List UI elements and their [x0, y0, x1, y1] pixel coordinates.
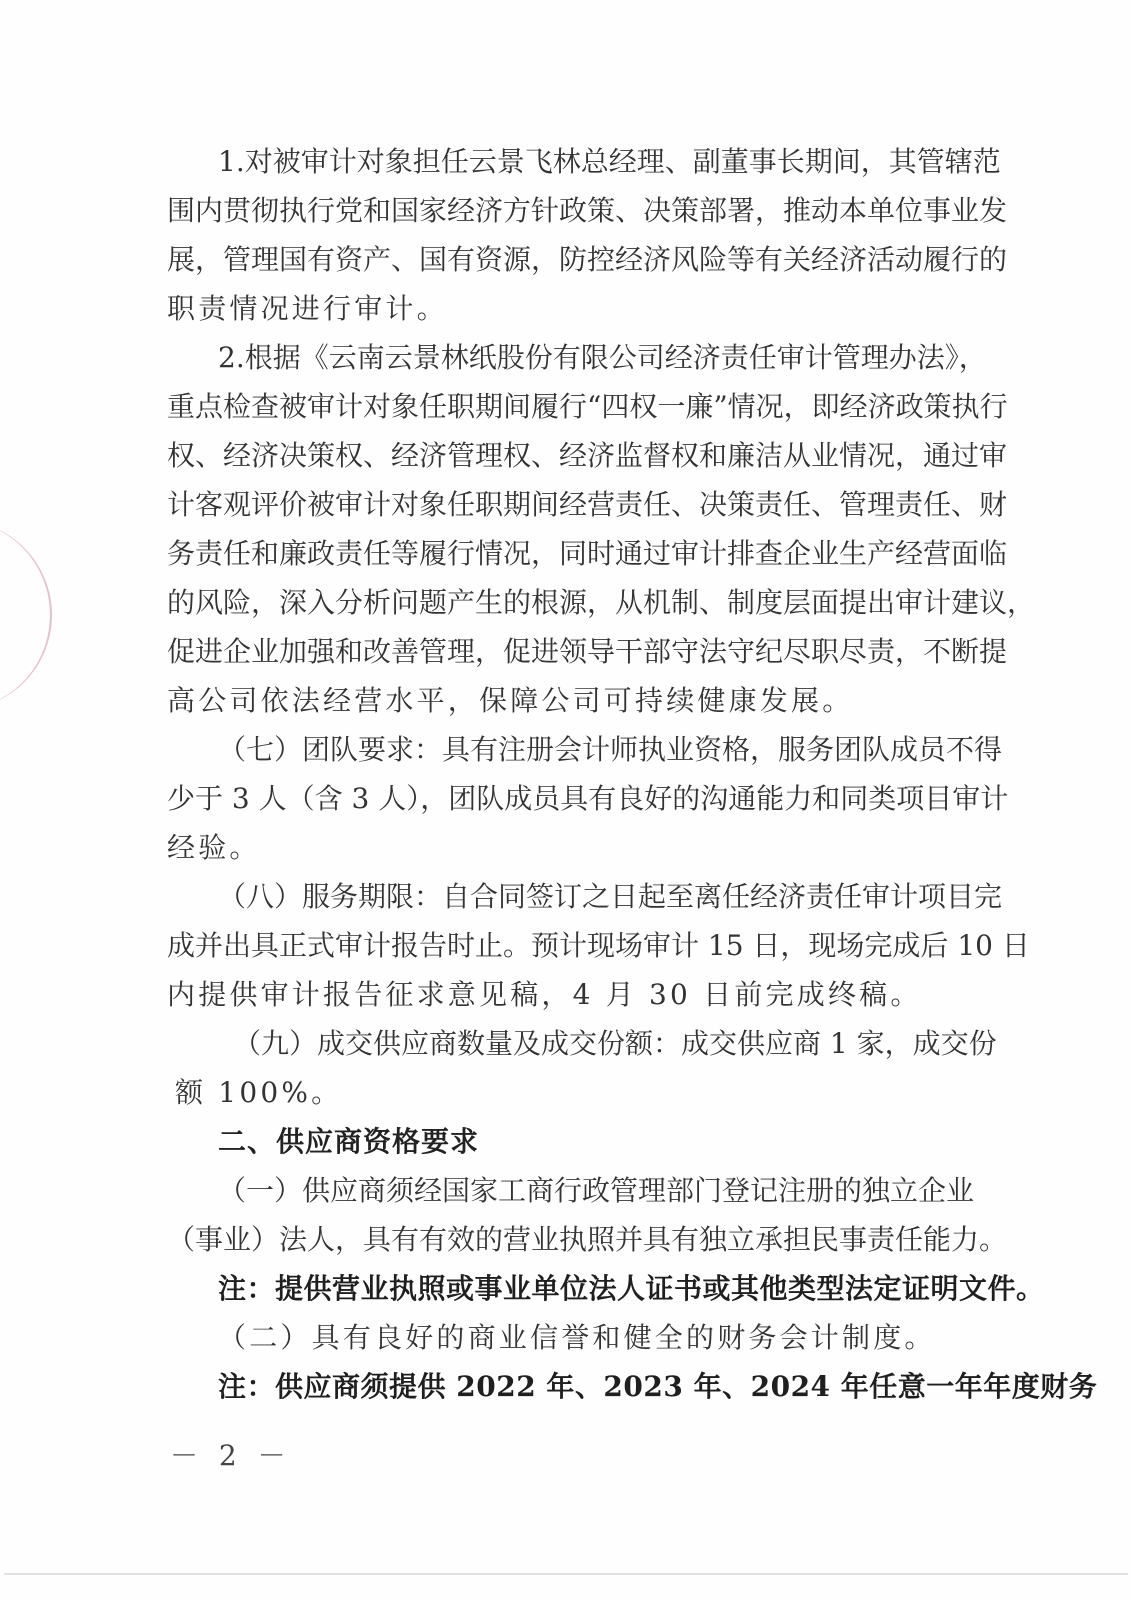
item-1-line-4: 职责情况进行审计。	[167, 284, 947, 333]
req-1-note: 注：提供营业执照或事业单位法人证书或其他类型法定证明文件。	[218, 1264, 935, 1313]
seal-stamp-fragment	[0, 520, 52, 710]
item-2-line-5: 务责任和廉政责任等履行情况，同时通过审计排查企业生产经营面临	[167, 529, 935, 578]
section-8-line-3: 内提供审计报告征求意见稿，4 月 30 日前完成终稿。	[167, 970, 947, 1019]
req-1-line-2: （事业）法人，具有有效的营业执照并具有独立承担民事责任能力。	[167, 1215, 935, 1264]
section-7-line-2: 少于 3 人（含 3 人），团队成员具有良好的沟通能力和同类项目审计	[167, 774, 935, 823]
section-7-line-3: 经验。	[167, 823, 947, 872]
item-2-line-7: 促进企业加强和改善管理，促进领导干部守法守纪尽职尽责，不断提	[167, 627, 935, 676]
item-2-line-1: 2.根据《云南云景林纸股份有限公司经济责任审计管理办法》，	[218, 333, 935, 382]
item-2-line-3: 权、经济决策权、经济管理权、经济监督权和廉洁从业情况，通过审	[167, 431, 935, 480]
page-number: － 2 －	[170, 1436, 292, 1476]
document-page: 1.对被审计对象担任云景飞林总经理、副董事长期间，其管辖范 围内贯彻执行党和国家…	[0, 0, 1131, 1600]
section-8-line-2: 成并出具正式审计报告时止。预计现场审计 15 日，现场完成后 10 日	[167, 921, 935, 970]
item-1-line-2: 围内贯彻执行党和国家经济方针政策、决策部署，推动本单位事业发	[167, 186, 935, 235]
req-2-line-1: （二）具有良好的商业信誉和健全的财务会计制度。	[218, 1313, 935, 1362]
item-2-line-8: 高公司依法经营水平，保障公司可持续健康发展。	[167, 676, 947, 725]
req-2-note: 注：供应商须提供 2022 年、2023 年、2024 年任意一年年度财务	[218, 1362, 935, 1411]
item-2-line-6: 的风险，深入分析问题产生的根源，从机制、制度层面提出审计建议，	[167, 578, 935, 627]
item-2-line-2: 重点检查被审计对象任职期间履行“四权一廉”情况，即经济政策执行	[167, 382, 935, 431]
section-8-line-1: （八）服务期限：自合同签订之日起至离任经济责任审计项目完	[218, 872, 935, 921]
section-9-line-1: （九）成交供应商数量及成交份额：成交供应商 1 家，成交份	[233, 1019, 935, 1068]
section-heading-supplier-requirements: 二、供应商资格要求	[218, 1117, 935, 1166]
item-1-line-3: 展，管理国有资产、国有资源，防控经济风险等有关经济活动履行的	[167, 235, 935, 284]
req-1-line-1: （一）供应商须经国家工商行政管理部门登记注册的独立企业	[218, 1166, 935, 1215]
item-1-line-1: 1.对被审计对象担任云景飞林总经理、副董事长期间，其管辖范	[218, 137, 935, 186]
section-7-line-1: （七）团队要求：具有注册会计师执业资格，服务团队成员不得	[218, 725, 935, 774]
item-2-line-4: 计客观评价被审计对象任职期间经营责任、决策责任、管理责任、财	[167, 480, 935, 529]
scan-edge-line	[4, 1573, 1128, 1575]
section-9-line-2: 额 100%。	[175, 1068, 955, 1117]
